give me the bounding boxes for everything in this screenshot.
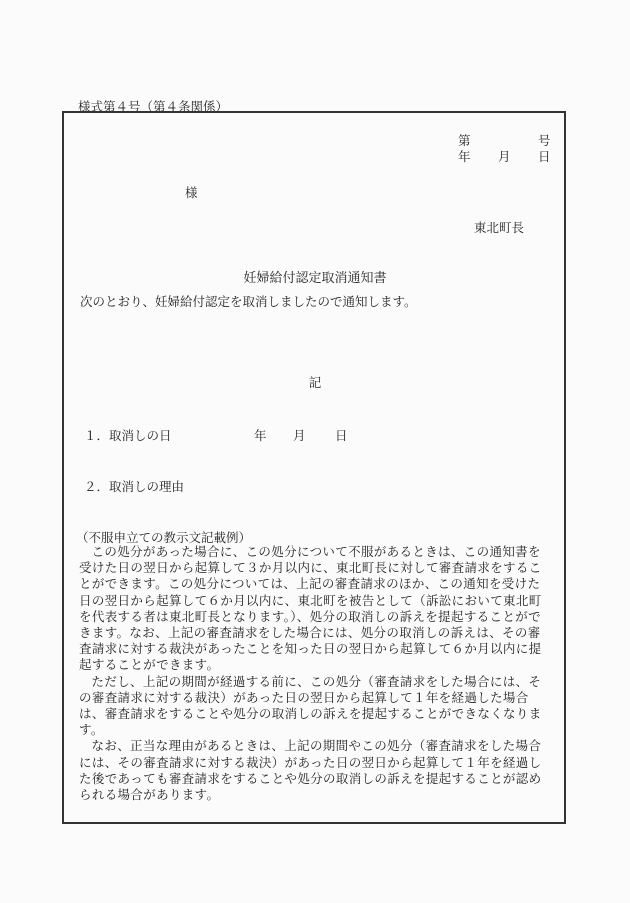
- appeal-notice-paragraph: この処分があった場合に、この処分について不服があるときは、この通知書を受けた日の…: [79, 544, 551, 674]
- date-day: 日: [538, 147, 551, 165]
- appeal-notice-paragraph: なお、正当な理由があるときは、上記の期間やこの処分（審査請求をした場合には、その…: [79, 738, 551, 803]
- appeal-notice-body: この処分があった場合に、この処分について不服があるときは、この通知書を受けた日の…: [79, 544, 551, 803]
- ki-heading: 記: [0, 373, 630, 391]
- item-cancel-date-label: １．取消しの日: [84, 426, 172, 444]
- item-cancel-date-day: 日: [335, 426, 348, 444]
- item-cancel-date-month: 月: [293, 426, 306, 444]
- item-cancel-reason-label: ２．取消しの理由: [84, 477, 184, 495]
- date-year: 年: [458, 147, 471, 165]
- issuer-name: 東北町長: [474, 218, 524, 236]
- intro-text: 次のとおり、妊婦給付認定を取消しましたので通知します。: [80, 292, 417, 310]
- addressee-suffix: 様: [185, 183, 198, 201]
- document-title: 妊婦給付認定取消通知書: [0, 267, 630, 286]
- date-month: 月: [498, 147, 511, 165]
- appeal-notice-paragraph: ただし、上記の期間が経過する前に、この処分（審査請求をした場合には、その審査請求…: [79, 674, 551, 739]
- item-cancel-date-year: 年: [254, 426, 267, 444]
